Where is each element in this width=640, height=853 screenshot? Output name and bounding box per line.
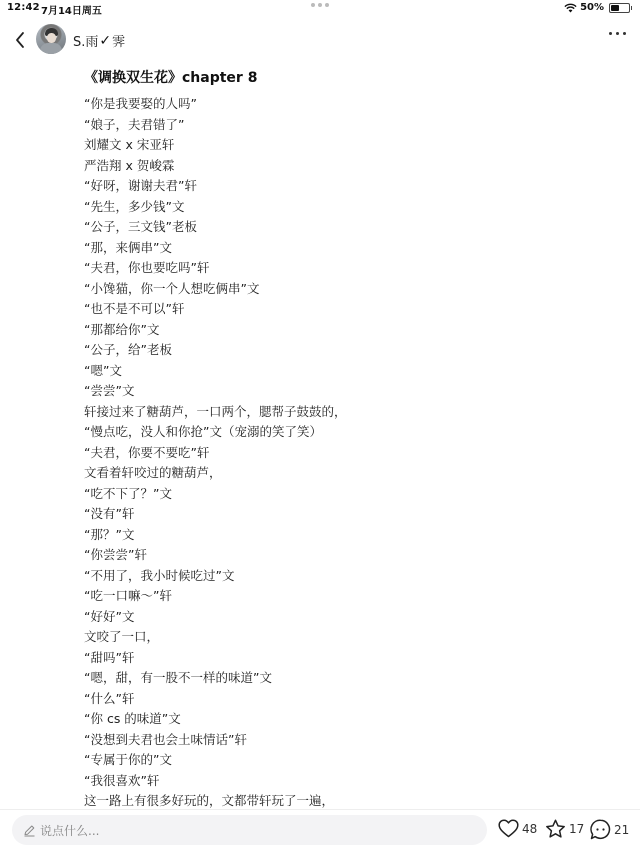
more-horizontal-icon xyxy=(609,32,612,35)
post-line: 轩接过来了糖葫芦，一口两个，腮帮子鼓鼓的， xyxy=(84,402,604,423)
post-line: “不用了，我小时候吃过”文 xyxy=(84,566,604,587)
author-name[interactable]: S.雨 ✓ 霁 xyxy=(73,31,125,50)
post-line: “那都给你”文 xyxy=(84,320,604,341)
post-body: “你是我要娶的人吗”“娘子，夫君错了”刘耀文 x 宋亚轩严浩翔 x 贺峻霖“好呀… xyxy=(84,94,604,812)
post-title: 《调换双生花》chapter 8 xyxy=(84,66,604,90)
like-button[interactable]: 48 xyxy=(498,819,537,838)
comment-button[interactable]: 21 xyxy=(590,819,629,840)
pencil-icon xyxy=(23,824,36,837)
favorite-count: 17 xyxy=(569,822,584,836)
post-line: “好好”文 xyxy=(84,607,604,628)
post-line: “你 cs 的味道”文 xyxy=(84,709,604,730)
checkmark-icon: ✓ xyxy=(99,33,111,49)
status-time: 12:42 xyxy=(7,2,40,13)
post-line: “我很喜欢”轩 xyxy=(84,771,604,792)
post-line: “夫君，你也要吃吗”轩 xyxy=(84,258,604,279)
post-line: “那？”文 xyxy=(84,525,604,546)
post-line: “吃不下了？”文 xyxy=(84,484,604,505)
post-content: 《调换双生花》chapter 8 “你是我要娶的人吗”“娘子，夫君错了”刘耀文 … xyxy=(84,66,604,812)
comment-input[interactable]: 说点什么... xyxy=(12,815,487,845)
post-line: “没想到夫君也会土味情话”轩 xyxy=(84,730,604,751)
author-avatar[interactable] xyxy=(36,24,66,54)
post-line: 文看着轩咬过的糖葫芦， xyxy=(84,463,604,484)
status-bar: 12:42 7月14日周五 50% xyxy=(0,0,640,18)
post-line: “专属于你的”文 xyxy=(84,750,604,771)
comment-count: 21 xyxy=(614,823,629,837)
post-line: “夫君，你要不要吃”轩 xyxy=(84,443,604,464)
star-icon xyxy=(545,819,566,839)
post-line: “你是我要娶的人吗” xyxy=(84,94,604,115)
battery-percent: 50% xyxy=(580,2,604,13)
post-line: “那，来俩串”文 xyxy=(84,238,604,259)
author-name-part2: 霁 xyxy=(112,31,125,50)
comment-bubble-icon xyxy=(590,819,611,840)
comment-placeholder: 说点什么... xyxy=(40,822,99,839)
post-line: 严浩翔 x 贺峻霖 xyxy=(84,156,604,177)
author-name-part1: S.雨 xyxy=(73,31,98,50)
battery-icon xyxy=(609,3,630,13)
post-line: “公子，给”老板 xyxy=(84,340,604,361)
status-date: 7月14日周五 xyxy=(41,2,102,17)
chevron-left-icon xyxy=(10,28,30,52)
status-indicators: 50% xyxy=(564,2,630,13)
post-header: S.雨 ✓ 霁 xyxy=(0,24,640,56)
post-line: “嗯”文 xyxy=(84,361,604,382)
post-line: “公子，三文钱”老板 xyxy=(84,217,604,238)
favorite-button[interactable]: 17 xyxy=(545,819,584,839)
post-line: “也不是不可以”轩 xyxy=(84,299,604,320)
post-line: “没有”轩 xyxy=(84,504,604,525)
post-line: “什么”轩 xyxy=(84,689,604,710)
heart-icon xyxy=(498,819,519,838)
back-button[interactable] xyxy=(10,28,30,52)
post-line: 文咬了一口， xyxy=(84,627,604,648)
post-line: “小馋猫，你一个人想吃俩串”文 xyxy=(84,279,604,300)
like-count: 48 xyxy=(522,822,537,836)
bottom-action-bar: 说点什么... 48 17 21 xyxy=(0,810,640,853)
post-line: “嗯，甜，有一股不一样的味道”文 xyxy=(84,668,604,689)
post-line: “慢点吃，没人和你抢”文（宠溺的笑了笑） xyxy=(84,422,604,443)
post-line: “吃一口嘛～”轩 xyxy=(84,586,604,607)
post-line: “尝尝”文 xyxy=(84,381,604,402)
multitasking-dots-icon[interactable] xyxy=(311,3,329,7)
post-line: “娘子，夫君错了” xyxy=(84,115,604,136)
post-line: “先生，多少钱”文 xyxy=(84,197,604,218)
post-line: “你尝尝”轩 xyxy=(84,545,604,566)
wifi-icon xyxy=(564,3,577,13)
more-options-button[interactable] xyxy=(609,32,626,35)
post-line: “甜吗”轩 xyxy=(84,648,604,669)
post-line: 刘耀文 x 宋亚轩 xyxy=(84,135,604,156)
post-line: “好呀，谢谢夫君”轩 xyxy=(84,176,604,197)
